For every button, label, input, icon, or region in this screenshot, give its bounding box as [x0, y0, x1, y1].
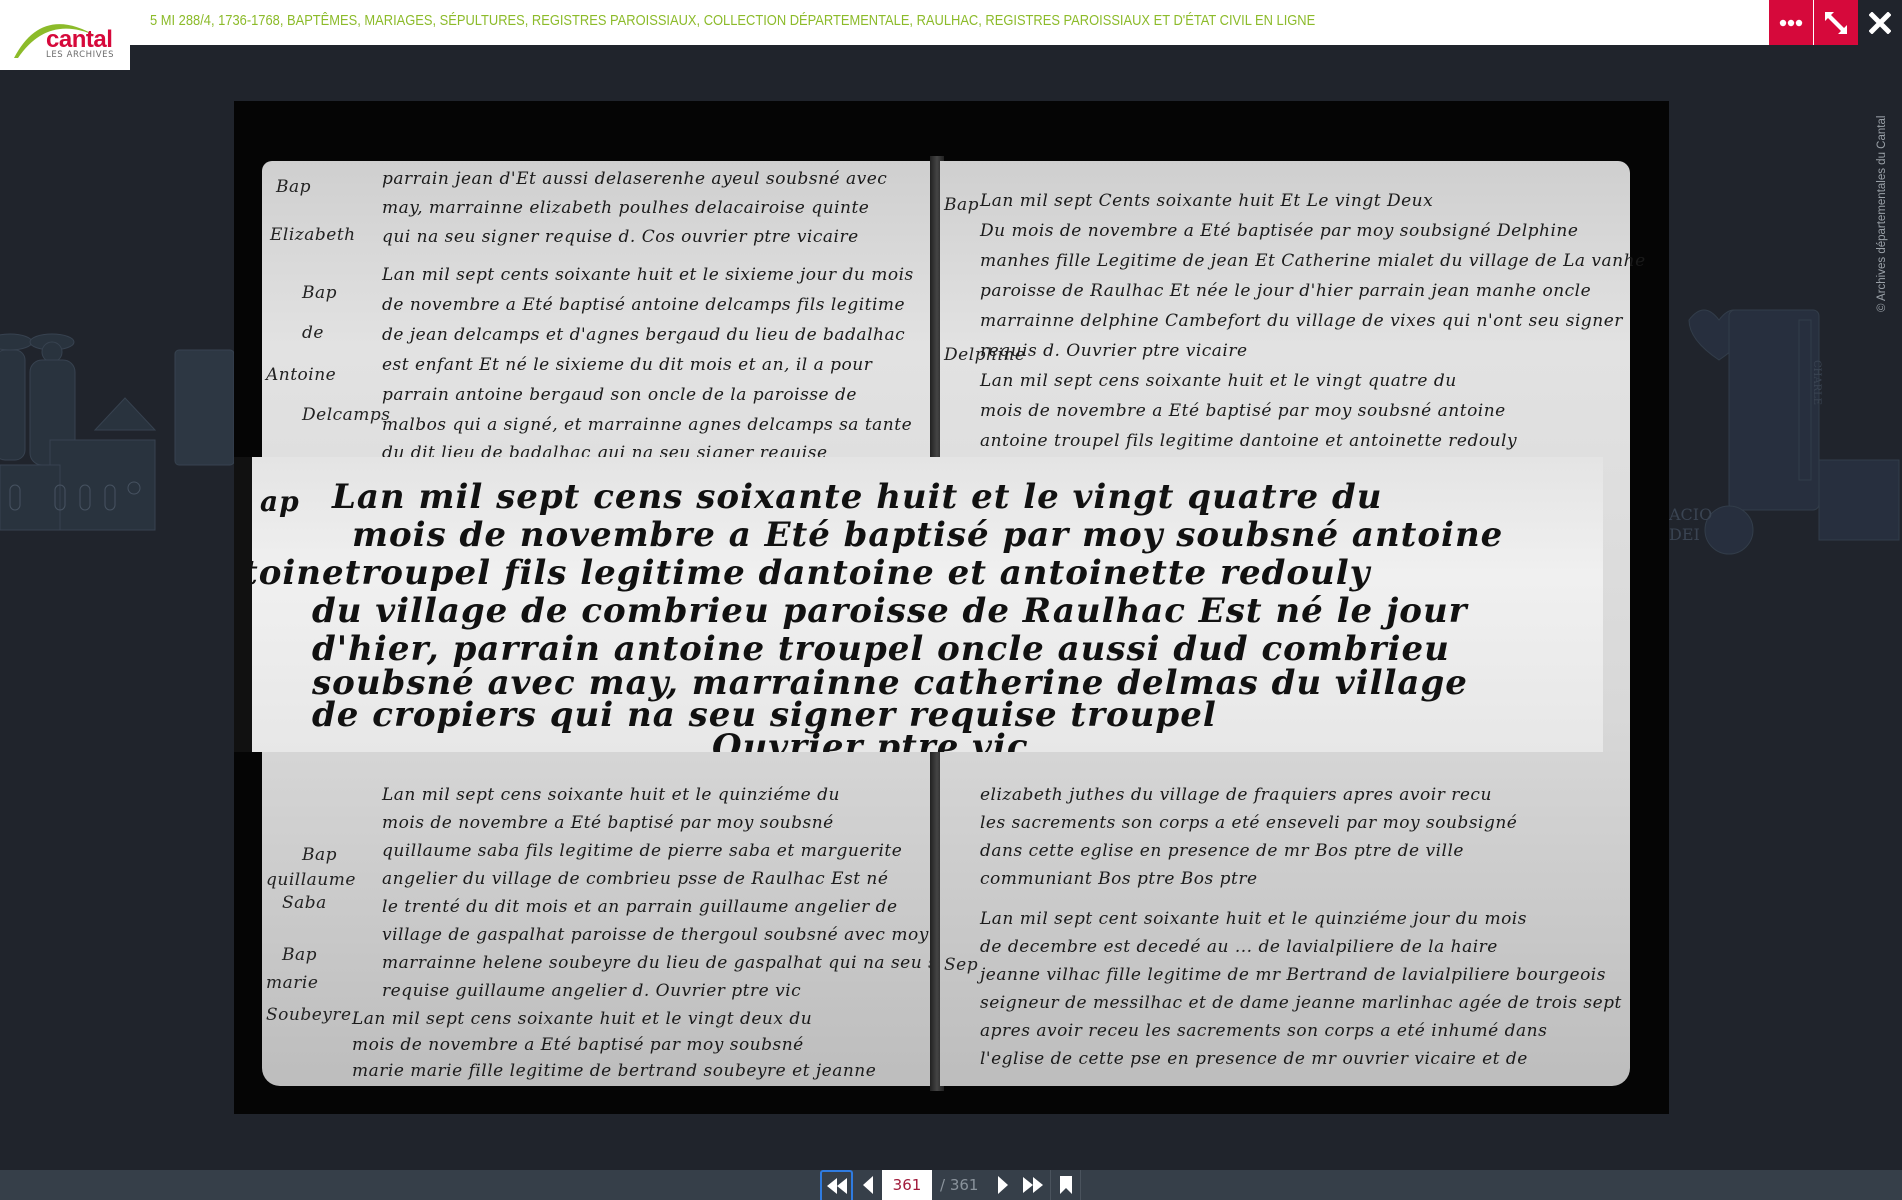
- manuscript-line: seigneur de messilhac et de dame jeanne …: [980, 989, 1622, 1018]
- manuscript-line: communiant Bos ptre Bos ptre: [980, 865, 1258, 894]
- current-page-input[interactable]: [882, 1170, 932, 1200]
- manuscript-line: apres avoir receu les sacrements son cor…: [980, 1017, 1547, 1046]
- manuscript-line: elizabeth juthes du village de fraquiers…: [980, 781, 1492, 810]
- header-bar: 5 MI 288/4, 1736-1768, BAPTÊMES, MARIAGE…: [0, 0, 1902, 45]
- more-options-button[interactable]: [1769, 0, 1813, 45]
- pager-divider: [1080, 1170, 1081, 1200]
- bookmark-icon: [1060, 1176, 1072, 1194]
- chevron-left-icon: [862, 1176, 874, 1194]
- manuscript-line: angelier du village de combrieu psse de …: [382, 865, 888, 894]
- next-page-button[interactable]: [992, 1170, 1014, 1200]
- manuscript-line: Lan mil sept cens soixante huit et le vi…: [352, 1005, 812, 1034]
- margin-note: Soubeyre: [266, 1001, 352, 1030]
- manuscript-line: parrain jean d'Et aussi delaserenhe ayeu…: [382, 165, 887, 194]
- manuscript-line: Lan mil sept cents soixante huit et le s…: [382, 261, 914, 290]
- manuscript-line: marie marie fille legitime de bertrand s…: [352, 1057, 876, 1086]
- manuscript-line: malbos qui a signé, et marrainne agnes d…: [382, 411, 912, 440]
- margin-note: Bap: [276, 173, 311, 202]
- magnifier-line: toinetroupel fils legitime dantoine et a…: [242, 553, 1370, 593]
- total-pages-label: / 361: [940, 1176, 978, 1194]
- margin-note: Sep: [944, 951, 978, 980]
- margin-note: Elizabeth: [270, 221, 356, 250]
- svg-text:DEI: DEI: [1669, 525, 1700, 544]
- manuscript-line: marrainne delphine Cambefort du village …: [980, 307, 1623, 336]
- manuscript-line: manhes fille Legitime de jean Et Catheri…: [980, 247, 1646, 276]
- magnifier-line: mois de novembre a Eté baptisé par moy s…: [352, 515, 1503, 555]
- manuscript-line: est enfant Et né le sixieme du dit mois …: [382, 351, 872, 380]
- magnifier-line: Ouvrier ptre vic: [712, 727, 1029, 752]
- background-decoration-right: CHARLE ACIO DEI: [1669, 290, 1902, 590]
- manuscript-line: mois de novembre a Eté baptisé par moy s…: [382, 809, 834, 838]
- margin-note: Bap: [282, 941, 317, 970]
- chevron-right-icon: [997, 1176, 1009, 1194]
- manuscript-line: village de gaspalhat paroisse de thergou…: [382, 921, 929, 950]
- magnifier-line: du village de combrieu paroisse de Raulh…: [312, 591, 1468, 631]
- close-button[interactable]: [1858, 0, 1902, 45]
- manuscript-line: parrain antoine bergaud son oncle de la …: [382, 381, 857, 410]
- manuscript-line: marrainne helene soubeyre du lieu de gas…: [382, 949, 985, 978]
- last-page-button[interactable]: [1018, 1170, 1048, 1200]
- manuscript-line: de decembre est decedé au ... de lavialp…: [980, 933, 1498, 962]
- manuscript-line: de jean delcamps et d'agnes bergaud du l…: [382, 321, 905, 350]
- copyright-notice: © Archives départementales du Cantal: [1876, 116, 1888, 312]
- margin-note: Antoine: [266, 361, 336, 390]
- manuscript-line: qui na seu signer requise d. Cos ouvrier…: [382, 223, 859, 252]
- manuscript-line: quillaume saba fils legitime de pierre s…: [382, 837, 902, 866]
- manuscript-line: jeanne vilhac fille legitime de mr Bertr…: [980, 961, 1606, 990]
- manuscript-line: requis d. Ouvrier ptre vicaire: [980, 337, 1248, 366]
- manuscript-line: Lan mil sept cens soixante huit et le vi…: [980, 367, 1457, 396]
- manuscript-line: antoine troupel fils legitime dantoine e…: [980, 427, 1517, 456]
- manuscript-line: mois de novembre a Eté baptisé par moy s…: [352, 1031, 804, 1060]
- margin-note: marie: [266, 969, 318, 998]
- manuscript-line: dans cette eglise en presence de mr Bos …: [980, 837, 1464, 866]
- close-x-icon: [1869, 12, 1891, 34]
- magnifier-line: Lan mil sept cens soixante huit et le vi…: [332, 477, 1382, 517]
- margin-note: de: [302, 319, 324, 348]
- magnifier-margin-note: ap: [260, 485, 300, 518]
- background-decoration-left: [0, 300, 234, 560]
- manuscript-line: paroisse de Raulhac Et née le jour d'hie…: [980, 277, 1591, 306]
- ellipsis-icon: [1779, 19, 1803, 27]
- manuscript-line: Du mois de novembre a Eté baptisée par m…: [980, 217, 1578, 246]
- bookmark-button[interactable]: [1055, 1170, 1077, 1200]
- manuscript-line: l'eglise de cette pse en presence de mr …: [980, 1045, 1528, 1074]
- previous-page-button[interactable]: [856, 1170, 880, 1200]
- svg-text:CHARLE: CHARLE: [1811, 360, 1822, 405]
- expand-arrows-icon: [1823, 10, 1849, 36]
- manuscript-line: requise guillaume angelier d. Ouvrier pt…: [382, 977, 801, 1006]
- manuscript-line: mois de novembre a Eté baptisé par moy s…: [980, 397, 1506, 426]
- first-page-button[interactable]: [820, 1170, 853, 1200]
- magnifier-lens[interactable]: ap Lan mil sept cens soixante huit et le…: [234, 457, 1603, 752]
- margin-note: Bap: [302, 279, 337, 308]
- manuscript-line: le trenté du dit mois et an parrain guil…: [382, 893, 898, 922]
- manuscript-line: may, marrainne elizabeth poulhes delacai…: [382, 194, 869, 223]
- logo-subtitle-text: LES ARCHIVES: [46, 50, 114, 60]
- document-title: 5 MI 288/4, 1736-1768, BAPTÊMES, MARIAGE…: [150, 12, 1315, 29]
- margin-note: Bap: [944, 191, 979, 220]
- manuscript-line: de novembre a Eté baptisé antoine delcam…: [382, 291, 905, 320]
- manuscript-line: Lan mil sept cent soixante huit et le qu…: [980, 905, 1527, 934]
- manuscript-line: Lan mil sept Cents soixante huit Et Le v…: [980, 187, 1433, 216]
- margin-note: Saba: [282, 889, 327, 918]
- fullscreen-button[interactable]: [1814, 0, 1858, 45]
- svg-text:ACIO: ACIO: [1669, 505, 1712, 524]
- manuscript-line: les sacrements son corps a eté enseveli …: [980, 809, 1517, 838]
- margin-note: Delcamps: [302, 401, 391, 430]
- manuscript-line: Lan mil sept cens soixante huit et le qu…: [382, 781, 840, 810]
- pager-divider: [1050, 1170, 1051, 1200]
- cantal-archives-logo[interactable]: cantal LES ARCHIVES: [0, 0, 130, 70]
- double-chevron-left-icon: [826, 1178, 848, 1194]
- double-chevron-right-icon: [1022, 1177, 1044, 1193]
